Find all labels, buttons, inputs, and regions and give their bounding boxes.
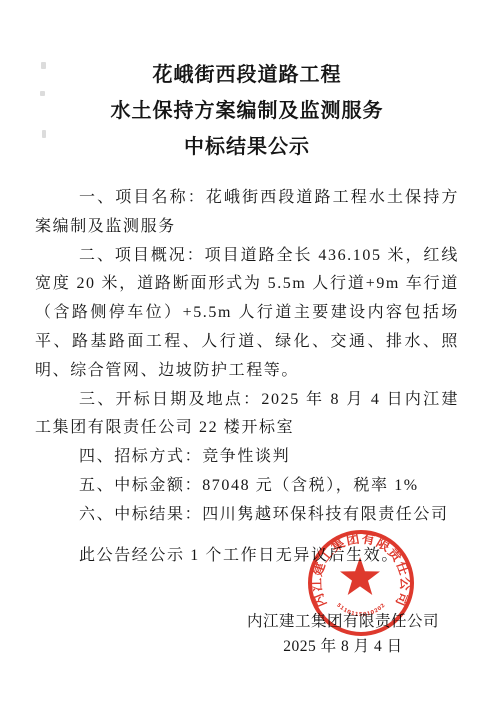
paragraph-bid-opening: 三、开标日期及地点：2025 年 8 月 4 日内江建工集团有限责任公司 22 … xyxy=(35,386,459,444)
paragraph-award-amount: 五、中标金额：87048 元（含税），税率 1% xyxy=(35,472,459,501)
document-content: 花峨街西段道路工程 水土保持方案编制及监测服务 中标结果公示 一、项目名称：花峨… xyxy=(35,0,459,659)
paragraph-award-result: 六、中标结果：四川隽越环保科技有限责任公司 xyxy=(35,501,459,530)
signature-block: 内江建工集团有限责任公司 2025 年 8 月 4 日 xyxy=(247,610,439,659)
paragraph-closing-notice: 此公告经公示 1 个工作日无异议后生效。 xyxy=(35,542,459,571)
paragraph-tender-method: 四、招标方式：竞争性谈判 xyxy=(35,443,459,472)
paragraph-project-name: 一、项目名称：花峨街西段道路工程水土保持方案编制及监测服务 xyxy=(35,184,459,242)
paragraph-project-overview: 二、项目概况：项目道路全长 436.105 米，红线宽度 20 米，道路断面形式… xyxy=(35,242,459,386)
document-title: 花峨街西段道路工程 水土保持方案编制及监测服务 中标结果公示 xyxy=(35,57,459,165)
title-line-1: 花峨街西段道路工程 xyxy=(35,57,459,93)
signature-date: 2025 年 8 月 4 日 xyxy=(247,635,439,659)
document-body: 一、项目名称：花峨街西段道路工程水土保持方案编制及监测服务 二、项目概况：项目道… xyxy=(35,184,459,570)
title-line-2: 水土保持方案编制及监测服务 xyxy=(35,93,459,129)
signature-company: 内江建工集团有限责任公司 xyxy=(247,610,439,634)
title-line-3: 中标结果公示 xyxy=(35,129,459,165)
document-page: 花峨街西段道路工程 水土保持方案编制及监测服务 中标结果公示 一、项目名称：花峨… xyxy=(0,0,498,726)
